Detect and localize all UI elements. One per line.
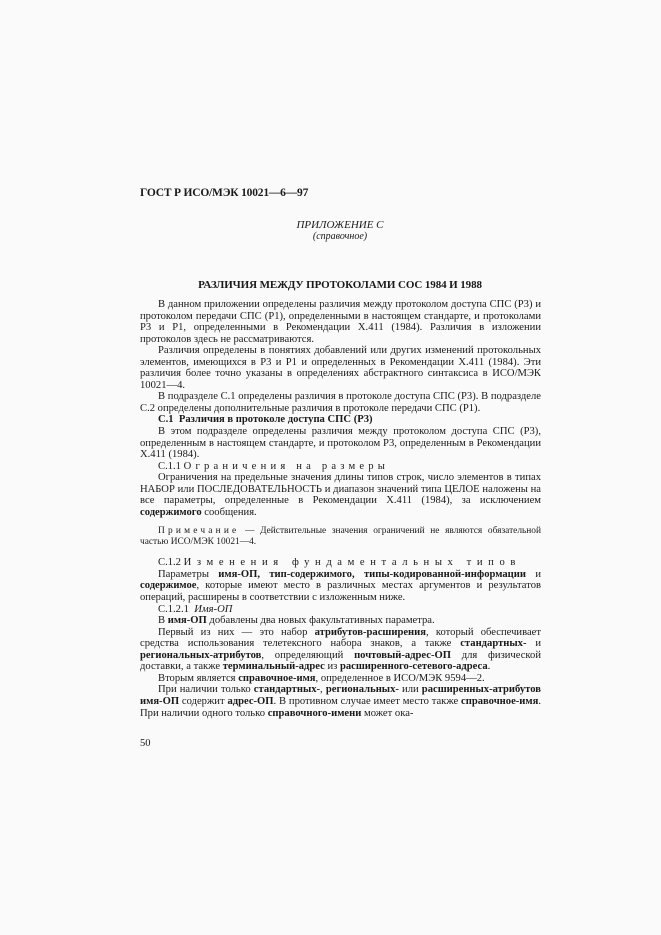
section-heading-c1: С.1 Различия в протоколе доступа СПС (Р3…: [140, 414, 541, 426]
section-title: Изменения фундаментальных типов: [184, 557, 521, 568]
paragraph: В подразделе С.1 определены различия в п…: [140, 391, 541, 414]
term: адрес-ОП: [227, 696, 273, 707]
paragraph: При наличии только стандартных-, региона…: [140, 684, 541, 719]
paragraph: Различия определены в понятиях добавлени…: [140, 345, 541, 391]
term: терминальный-адрес: [223, 661, 325, 672]
section-heading-c121: С.1.2.1 Имя-ОП: [140, 604, 541, 616]
paragraph: Ограничения на предельные значения длины…: [140, 472, 541, 518]
section-title: Ограничения на размеры: [184, 461, 390, 472]
text-run: , определяющий: [261, 650, 354, 661]
text-run: содержит: [179, 696, 227, 707]
term: стандартных-: [460, 638, 526, 649]
paragraph: Вторым является справочное-имя, определе…: [140, 673, 541, 685]
text-run: , определенное в ИСО/МЭК 9594—2.: [316, 673, 485, 684]
text-run: Вторым является: [158, 673, 238, 684]
text-run: При наличии только: [158, 684, 254, 695]
section-title: Имя-ОП: [194, 604, 232, 615]
section-number: С.1: [158, 414, 174, 425]
text-run: . В противном случае имеет место также: [274, 696, 462, 707]
section-title: Различия в протоколе доступа СПС (Р3): [179, 414, 373, 425]
appendix-heading: ПРИЛОЖЕНИЕ С (справочное): [140, 219, 540, 243]
term: почтовый-адрес-ОП: [354, 650, 451, 661]
paragraph: В данном приложении определены различия …: [140, 299, 541, 345]
section-number: С.1.2: [158, 557, 181, 568]
text-run: и: [526, 569, 541, 580]
term: стандартных-: [254, 684, 320, 695]
section-heading-c11: С.1.1 Ограничения на размеры: [140, 461, 541, 473]
paragraph: Параметры имя-ОП, тип-содержимого, типы-…: [140, 569, 541, 604]
term: справочное-имя: [461, 696, 538, 707]
text-run: Первый из них — это набор: [158, 627, 315, 638]
section-number: С.1.2.1: [158, 604, 189, 615]
paragraph: В имя-ОП добавлены два новых факультатив…: [140, 615, 541, 627]
paragraph: В этом подразделе определены различия ме…: [140, 426, 541, 461]
term: региональных-атрибутов: [140, 650, 261, 661]
spacer: [140, 548, 541, 557]
document-body: В данном приложении определены различия …: [140, 299, 541, 719]
standard-header: ГОСТ Р ИСО/МЭК 10021—6—97: [140, 187, 308, 199]
term: атрибутов-расширения: [315, 627, 426, 638]
text-run: , которые имеют место в различных местах…: [140, 580, 541, 603]
note-dash: —: [239, 526, 260, 536]
appendix-type: (справочное): [140, 231, 540, 243]
note-label: Примечание: [158, 526, 239, 536]
note: Примечание — Действительные значения огр…: [140, 526, 541, 548]
text-run: Параметры: [158, 569, 218, 580]
text-run: Ограничения на предельные значения длины…: [140, 472, 541, 506]
text-run: может ока-: [361, 708, 413, 719]
text-run: .: [488, 661, 491, 672]
appendix-label: ПРИЛОЖЕНИЕ С: [140, 219, 540, 231]
term: региональных-: [326, 684, 399, 695]
text-run: сообщения.: [202, 507, 257, 518]
section-number: С.1.1: [158, 461, 181, 472]
term: имя-ОП: [168, 615, 207, 626]
text-run: или: [399, 684, 422, 695]
term: содержимого: [140, 507, 202, 518]
document-title: РАЗЛИЧИЯ МЕЖДУ ПРОТОКОЛАМИ СОС 1984 И 19…: [140, 279, 540, 291]
document-page: ГОСТ Р ИСО/МЭК 10021—6—97 ПРИЛОЖЕНИЕ С (…: [0, 0, 661, 935]
text-run: В: [158, 615, 168, 626]
term: справочного-имени: [268, 708, 362, 719]
term: содержимое: [140, 580, 197, 591]
text-run: добавлены два новых факультативных парам…: [207, 615, 435, 626]
paragraph: Первый из них — это набор атрибутов-расш…: [140, 627, 541, 673]
term: имя-ОП, тип-содержимого, типы-кодированн…: [218, 569, 526, 580]
page-number: 50: [140, 738, 151, 749]
text-run: и: [526, 638, 541, 649]
section-heading-c12: С.1.2 Изменения фундаментальных типов: [140, 557, 541, 569]
term: расширенного-сетевого-адреса: [340, 661, 488, 672]
term: справочное-имя: [238, 673, 315, 684]
text-run: из: [325, 661, 340, 672]
